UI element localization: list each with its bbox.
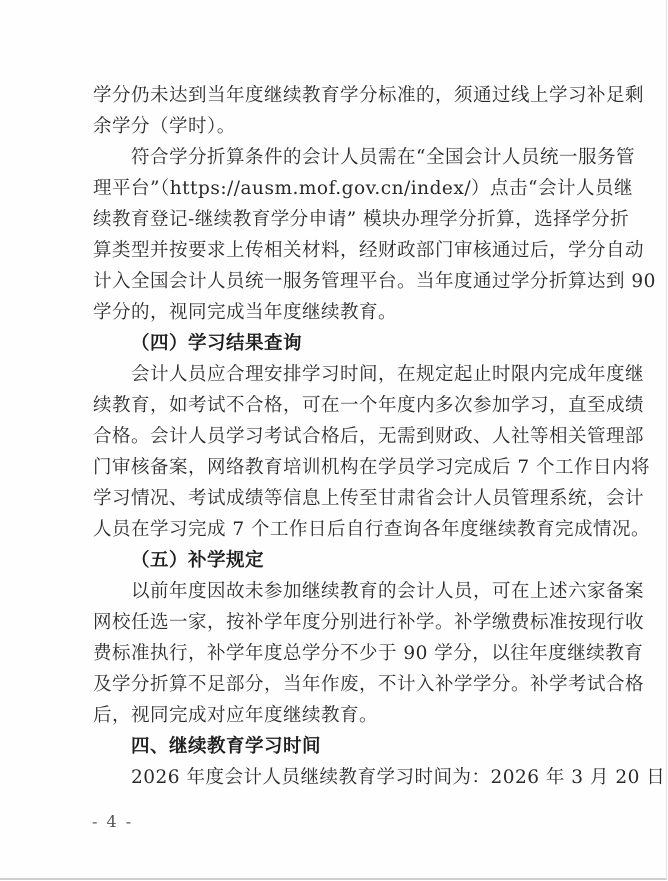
document-body: 学分仍未达到当年度继续教育学分标准的，须通过线上学习补足剩 余学分（学时）。 符… <box>93 80 591 793</box>
paragraph-line: 理平台”（https://ausm.mof.gov.cn/index/）点击“会… <box>93 173 591 204</box>
page-number: - 4 - <box>92 812 133 831</box>
paragraph-line: 续教育，如考试不合格，可在一个年度内多次参加学习，直至成绩 <box>93 390 591 421</box>
paragraph-line: 后，视同完成对应年度继续教育。 <box>93 700 591 731</box>
document-page: 学分仍未达到当年度继续教育学分标准的，须通过线上学习补足剩 余学分（学时）。 符… <box>0 0 667 880</box>
paragraph-line: 人员在学习完成 7 个工作日后自行查询各年度继续教育完成情况。 <box>93 514 591 545</box>
paragraph-line: 费标准执行，补学年度总学分不少于 90 学分，以往年度继续教育 <box>93 638 591 669</box>
paragraph-line: 合格。会计人员学习考试合格后，无需到财政、人社等相关管理部 <box>93 421 591 452</box>
paragraph-line: 余学分（学时）。 <box>93 111 591 142</box>
subheading-study-results-query: （四）学习结果查询 <box>93 328 591 359</box>
paragraph-line: 算类型并按要求上传相关材料，经财政部门审核通过后，学分自动 <box>93 235 591 266</box>
paragraph-line: 门审核备案，网络教育培训机构在学员学习完成后 7 个工作日内将 <box>93 452 591 483</box>
paragraph-line: 学习情况、考试成绩等信息上传至甘肃省会计人员管理系统，会计 <box>93 483 591 514</box>
section-heading-study-time: 四、继续教育学习时间 <box>93 731 591 762</box>
paragraph-line: 计入全国会计人员统一服务管理平台。当年度通过学分折算达到 90 <box>93 266 591 297</box>
paragraph-line: 符合学分折算条件的会计人员需在“全国会计人员统一服务管 <box>93 142 591 173</box>
paragraph-line: 网校任选一家，按补学年度分别进行补学。补学缴费标准按现行收 <box>93 607 591 638</box>
paragraph-line: 学分仍未达到当年度继续教育学分标准的，须通过线上学习补足剩 <box>93 80 591 111</box>
paragraph-line: 会计人员应合理安排学习时间，在规定起止时限内完成年度继 <box>93 359 591 390</box>
paragraph-line: 2026 年度会计人员继续教育学习时间为：2026 年 3 月 20 日 <box>93 762 591 793</box>
paragraph-line: 续教育登记-继续教育学分申请” 模块办理学分折算，选择学分折 <box>93 204 591 235</box>
paragraph-line: 及学分折算不足部分，当年作废，不计入补学学分。补学考试合格 <box>93 669 591 700</box>
paragraph-line: 以前年度因故未参加继续教育的会计人员，可在上述六家备案 <box>93 576 591 607</box>
subheading-makeup-rules: （五）补学规定 <box>93 545 591 576</box>
paragraph-line: 学分的，视同完成当年度继续教育。 <box>93 297 591 328</box>
